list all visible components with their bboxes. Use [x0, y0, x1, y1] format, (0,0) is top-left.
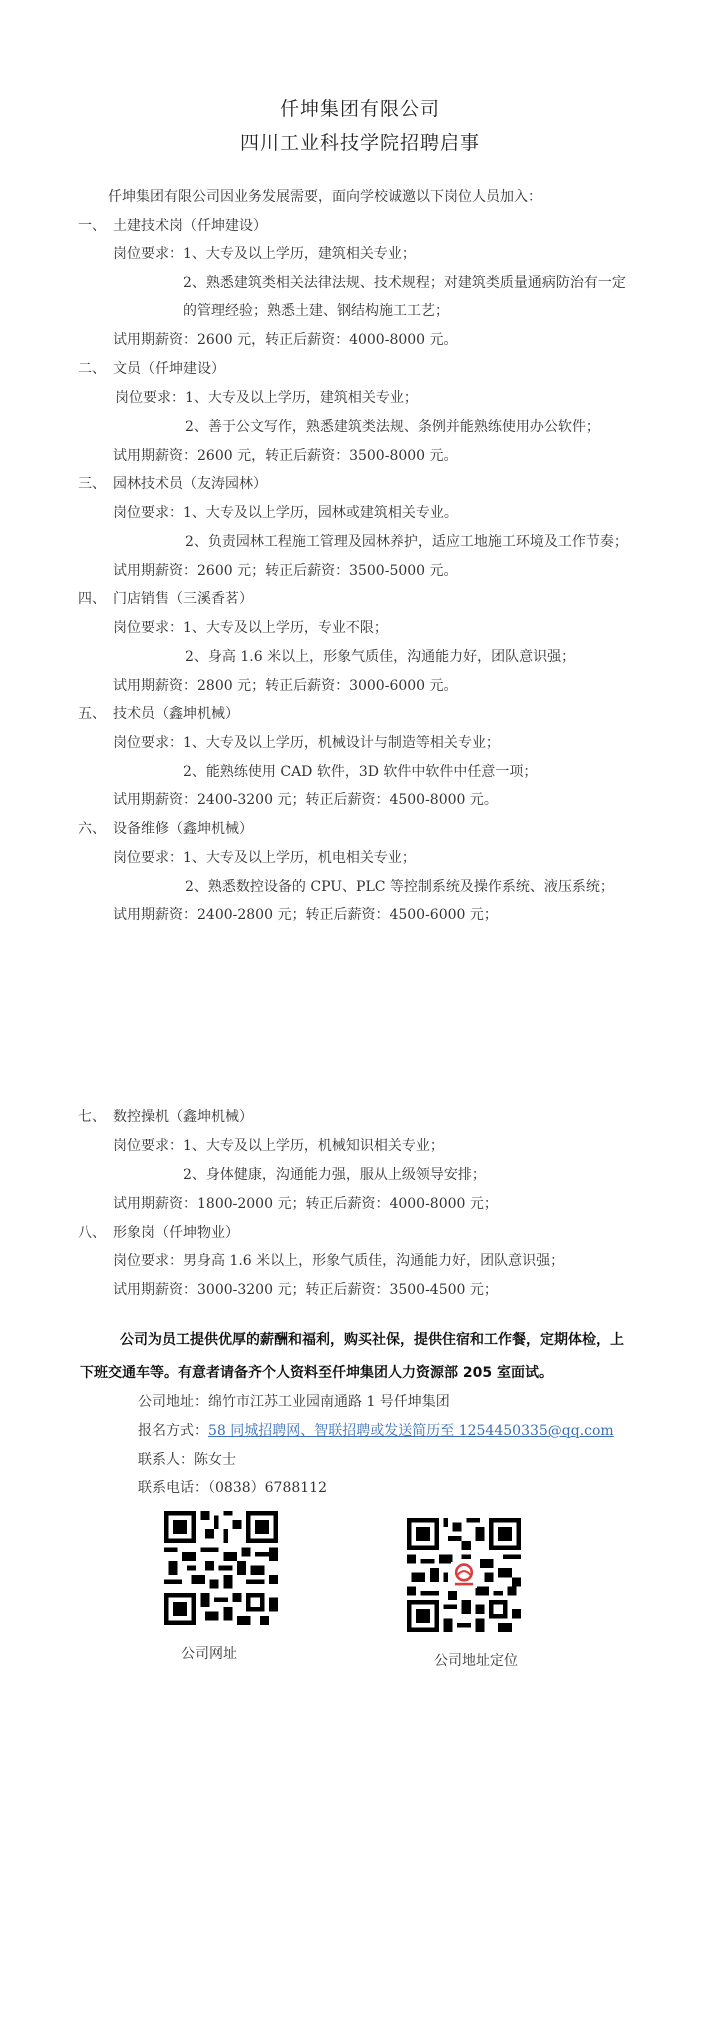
position-number: 七、 — [78, 1108, 113, 1126]
contact-phone: 联系电话：（0838）6788112 — [138, 1479, 327, 1497]
position-title: 文员（仟坤建设） — [113, 361, 225, 377]
position-salary: 试用期薪资：3000-3200 元；转正后薪资：3500-4500 元； — [113, 1281, 498, 1299]
qr-code-icon — [164, 1511, 278, 1625]
contact-phone-label: 联系电话： — [138, 1480, 208, 1496]
contact-person-value: 陈女士 — [194, 1452, 236, 1468]
contact-phone-value: （0838）6788112 — [208, 1480, 327, 1496]
requirement-item: 1、大专及以上学历，机械设计与制造等相关专业； — [183, 735, 500, 751]
position-number: 三、 — [78, 475, 113, 493]
position-requirement: 岗位要求：1、大专及以上学历，建筑相关专业； — [115, 389, 418, 407]
company-logo-icon — [451, 1562, 477, 1588]
qr-label-location: 公司地址定位 — [434, 1650, 518, 1670]
position-requirement: 岗位要求：男身高 1.6 米以上，形象气质佳，沟通能力好，团队意识强； — [113, 1252, 564, 1270]
position-title: 数控操机（鑫坤机械） — [113, 1109, 253, 1125]
position-heading: 五、技术员（鑫坤机械） — [78, 705, 239, 723]
requirement-item: 2、善于公文写作，熟悉建筑类法规、条例并能熟练使用办公软件； — [185, 418, 600, 436]
position-requirement: 岗位要求：1、大专及以上学历，机电相关专业； — [113, 849, 416, 867]
notice-title: 四川工业科技学院招聘启事 — [0, 128, 720, 155]
intro-text: 仟坤集团有限公司因业务发展需要，面向学校诚邀以下岗位人员加入： — [108, 188, 542, 206]
position-title: 设备维修（鑫坤机械） — [113, 821, 253, 837]
benefits-text: 公司为员工提供优厚的薪酬和福利，购买社保，提供住宿和工作餐，定期体检，上 — [120, 1331, 624, 1349]
position-salary: 试用期薪资：1800-2000 元；转正后薪资：4000-8000 元； — [113, 1195, 498, 1213]
requirement-label: 岗位要求： — [113, 620, 183, 636]
position-number: 一、 — [78, 217, 113, 235]
contact-person-label: 联系人： — [138, 1452, 194, 1468]
position-title: 技术员（鑫坤机械） — [113, 706, 239, 722]
requirement-item: 2、负责园林工程施工管理及园林养护，适应工地施工环境及工作节奏； — [185, 533, 628, 551]
position-number: 四、 — [78, 590, 113, 608]
position-number: 五、 — [78, 705, 113, 723]
requirement-item-continued: 的管理经验；熟悉土建、钢结构施工工艺； — [183, 302, 449, 320]
address-label: 公司地址： — [138, 1394, 208, 1410]
position-salary: 试用期薪资：2400-2800 元；转正后薪资：4500-6000 元； — [113, 906, 498, 924]
requirement-item: 2、身体健康，沟通能力强，服从上级领导安排； — [183, 1166, 486, 1184]
requirement-item: 1、大专及以上学历，机电相关专业； — [183, 850, 416, 866]
position-salary: 试用期薪资：2600 元；转正后薪资：3500-5000 元。 — [113, 562, 458, 580]
requirement-item: 2、能熟练使用 CAD 软件，3D 软件中软件中任意一项； — [183, 763, 537, 781]
apply-method: 报名方式：58 同城招聘网、智联招聘或发送简历至 1254450335@qq.c… — [138, 1422, 614, 1440]
position-salary: 试用期薪资：2400-3200 元；转正后薪资：4500-8000 元。 — [113, 791, 498, 809]
position-requirement: 岗位要求：1、大专及以上学历，机械设计与制造等相关专业； — [113, 734, 500, 752]
benefits-text-continued: 下班交通车等。有意者请备齐个人资料至仟坤集团人力资源部 205 室面试。 — [80, 1364, 553, 1382]
position-heading: 二、文员（仟坤建设） — [78, 360, 225, 378]
position-heading: 七、数控操机（鑫坤机械） — [78, 1108, 253, 1126]
position-requirement: 岗位要求：1、大专及以上学历，建筑相关专业； — [113, 245, 416, 263]
requirement-item: 1、大专及以上学历，专业不限； — [183, 620, 388, 636]
apply-email-link[interactable]: 58 同城招聘网、智联招聘或发送简历至 1254450335@qq.com — [208, 1423, 614, 1439]
requirement-item: 2、身高 1.6 米以上，形象气质佳，沟通能力好，团队意识强； — [185, 648, 575, 666]
position-title: 土建技术岗（仟坤建设） — [113, 218, 267, 234]
position-title: 门店销售（三溪香茗） — [113, 591, 253, 607]
address-value: 绵竹市江苏工业园南通路 1 号仟坤集团 — [208, 1394, 450, 1410]
requirement-item: 男身高 1.6 米以上，形象气质佳，沟通能力好，团队意识强； — [183, 1253, 564, 1269]
position-heading: 六、设备维修（鑫坤机械） — [78, 820, 253, 838]
company-title: 仟坤集团有限公司 — [0, 94, 720, 121]
requirement-item: 1、大专及以上学历，建筑相关专业； — [185, 390, 418, 406]
requirement-label: 岗位要求： — [113, 1253, 183, 1269]
position-requirement: 岗位要求：1、大专及以上学历，机械知识相关专业； — [113, 1137, 444, 1155]
requirement-item: 1、大专及以上学历，园林或建筑相关专业。 — [183, 505, 458, 521]
requirement-label: 岗位要求： — [115, 390, 185, 406]
position-heading: 四、门店销售（三溪香茗） — [78, 590, 253, 608]
position-salary: 试用期薪资：2800 元；转正后薪资：3000-6000 元。 — [113, 677, 458, 695]
contact-person: 联系人：陈女士 — [138, 1451, 236, 1469]
requirement-item: 1、大专及以上学历，机械知识相关专业； — [183, 1138, 444, 1154]
position-number: 六、 — [78, 820, 113, 838]
position-number: 二、 — [78, 360, 113, 378]
requirement-item: 1、大专及以上学历，建筑相关专业； — [183, 246, 416, 262]
requirement-item: 2、熟悉建筑类相关法律法规、技术规程；对建筑类质量通病防治有一定 — [183, 274, 626, 292]
requirement-label: 岗位要求： — [113, 735, 183, 751]
position-number: 八、 — [78, 1224, 113, 1242]
requirement-label: 岗位要求： — [113, 246, 183, 262]
requirement-label: 岗位要求： — [113, 1138, 183, 1154]
qr-label-website: 公司网址 — [181, 1643, 237, 1663]
position-salary: 试用期薪资：2600 元，转正后薪资：3500-8000 元。 — [113, 447, 458, 465]
company-address: 公司地址：绵竹市江苏工业园南通路 1 号仟坤集团 — [138, 1393, 450, 1411]
position-salary: 试用期薪资：2600 元，转正后薪资：4000-8000 元。 — [113, 331, 458, 349]
requirement-label: 岗位要求： — [113, 850, 183, 866]
position-heading: 八、形象岗（仟坤物业） — [78, 1224, 239, 1242]
position-heading: 三、园林技术员（友涛园林） — [78, 475, 267, 493]
position-requirement: 岗位要求：1、大专及以上学历，园林或建筑相关专业。 — [113, 504, 458, 522]
apply-label: 报名方式： — [138, 1423, 208, 1439]
position-title: 园林技术员（友涛园林） — [113, 476, 267, 492]
requirement-item: 2、熟悉数控设备的 CPU、PLC 等控制系统及操作系统、液压系统； — [185, 878, 614, 896]
position-requirement: 岗位要求：1、大专及以上学历，专业不限； — [113, 619, 388, 637]
requirement-label: 岗位要求： — [113, 505, 183, 521]
position-title: 形象岗（仟坤物业） — [113, 1225, 239, 1241]
qr-code-icon — [407, 1518, 521, 1632]
position-heading: 一、土建技术岗（仟坤建设） — [78, 217, 267, 235]
